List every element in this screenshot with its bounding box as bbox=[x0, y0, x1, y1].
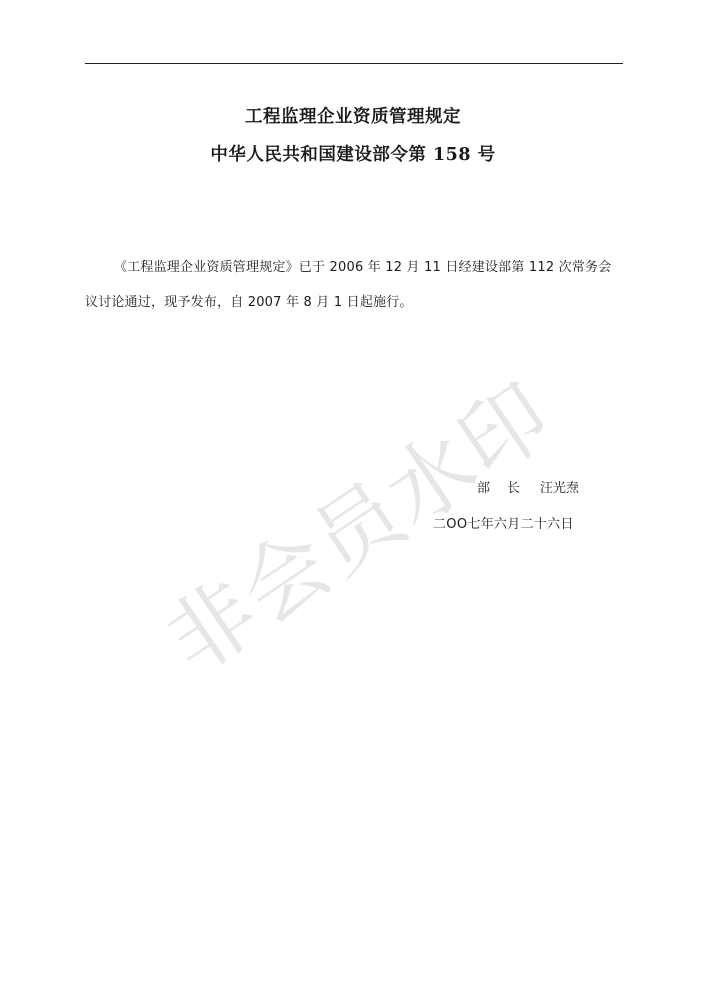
signatory-name: 汪光焘 bbox=[540, 477, 579, 496]
document-content: 工程监理企业资质管理规定 中华人民共和国建设部令第 158 号 《工程监理企业资… bbox=[0, 0, 706, 1000]
document-title: 工程监理企业资质管理规定 bbox=[0, 103, 706, 128]
signatory-title-char-2: 长 bbox=[507, 477, 520, 496]
document-page: 非会员水印 工程监理企业资质管理规定 中华人民共和国建设部令第 158 号 《工… bbox=[0, 0, 706, 1000]
decree-number-title: 中华人民共和国建设部令第 158 号 bbox=[0, 141, 706, 166]
signatory-title-char-1: 部 bbox=[477, 477, 490, 496]
body-paragraph-line-2: 议讨论通过，现予发布，自 2007 年 8 月 1 日起施行。 bbox=[85, 291, 413, 310]
signature-date: 二OO七年六月二十六日 bbox=[433, 513, 574, 532]
header-rule bbox=[85, 63, 623, 64]
body-paragraph-line-1: 《工程监理企业资质管理规定》已于 2006 年 12 月 11 日经建设部第 1… bbox=[114, 256, 611, 275]
